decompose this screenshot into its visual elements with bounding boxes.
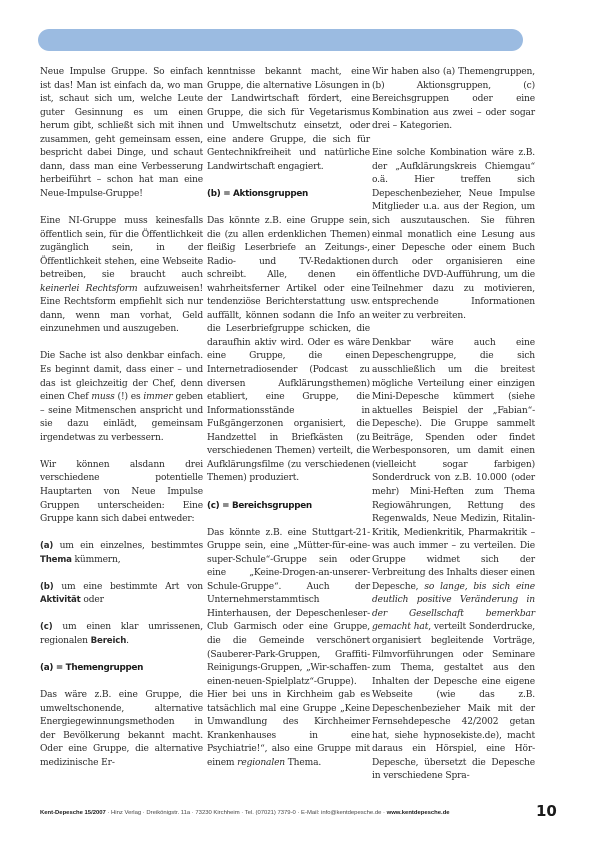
emphasis: immer — [143, 392, 172, 402]
paragraph: kenntnisse bekannt macht, eine Gruppe, d… — [207, 66, 370, 174]
paragraph: Das wäre z.B. eine Gruppe, die umweltsch… — [40, 689, 203, 770]
paragraph: Eine NI-Gruppe muss keinesfalls öffentli… — [40, 215, 203, 337]
website-link[interactable]: www.kentdepesche.de — [387, 810, 450, 816]
column-3: Wir haben also (a) Themengruppen, (b) Ak… — [372, 66, 535, 798]
emphasis: keinerlei Rechtsform — [40, 284, 137, 294]
paragraph: Neue Impulse Gruppe. So einfach ist das!… — [40, 66, 203, 201]
list-item-a: (a) um ein einzelnes, bestimmtes Thema k… — [40, 540, 203, 567]
column-1: Neue Impulse Gruppe. So einfach ist das!… — [40, 66, 203, 784]
page-number: 10 — [536, 802, 557, 820]
paragraph: Die Sache ist also denkbar einfach. Es b… — [40, 350, 203, 445]
section-heading-bereichsgruppen: (c) = Bereichsgruppen — [207, 500, 370, 514]
paragraph: Wir haben also (a) Themengruppen, (b) Ak… — [372, 66, 535, 134]
paragraph: Das könnte z.B. eine Stuttgart-21-Gruppe… — [207, 527, 370, 771]
header-bar — [38, 29, 523, 51]
list-item-b: (b) um eine bestimmte Art von Aktivität … — [40, 581, 203, 608]
paragraph: Wir können alsdann drei verschiedene pot… — [40, 459, 203, 527]
section-heading-aktionsgruppen: (b) = Aktionsgruppen — [207, 188, 370, 202]
emphasis: muss — [91, 392, 114, 402]
paragraph: Das könnte z.B. eine Gruppe sein, die (z… — [207, 215, 370, 486]
page-footer: Kent-Depesche 15/2007 · Hinz Verlag · Dr… — [40, 808, 530, 818]
column-2: kenntnisse bekannt macht, eine Gruppe, d… — [207, 66, 370, 784]
publication-name: Kent-Depesche 15/2007 — [40, 810, 106, 816]
list-item-c: (c) um einen klar umrissenen, regionalen… — [40, 621, 203, 648]
publisher-details: · Hinz Verlag · Dreikönigstr. 11a · 7323… — [106, 810, 387, 816]
paragraph: Eine solche Kombination wäre z.B. der „A… — [372, 147, 535, 323]
section-heading-themengruppen: (a) = Themengruppen — [40, 662, 203, 676]
emphasis: regionalen — [237, 758, 285, 768]
paragraph: Denkbar wäre auch eine Depeschengruppe, … — [372, 337, 535, 784]
